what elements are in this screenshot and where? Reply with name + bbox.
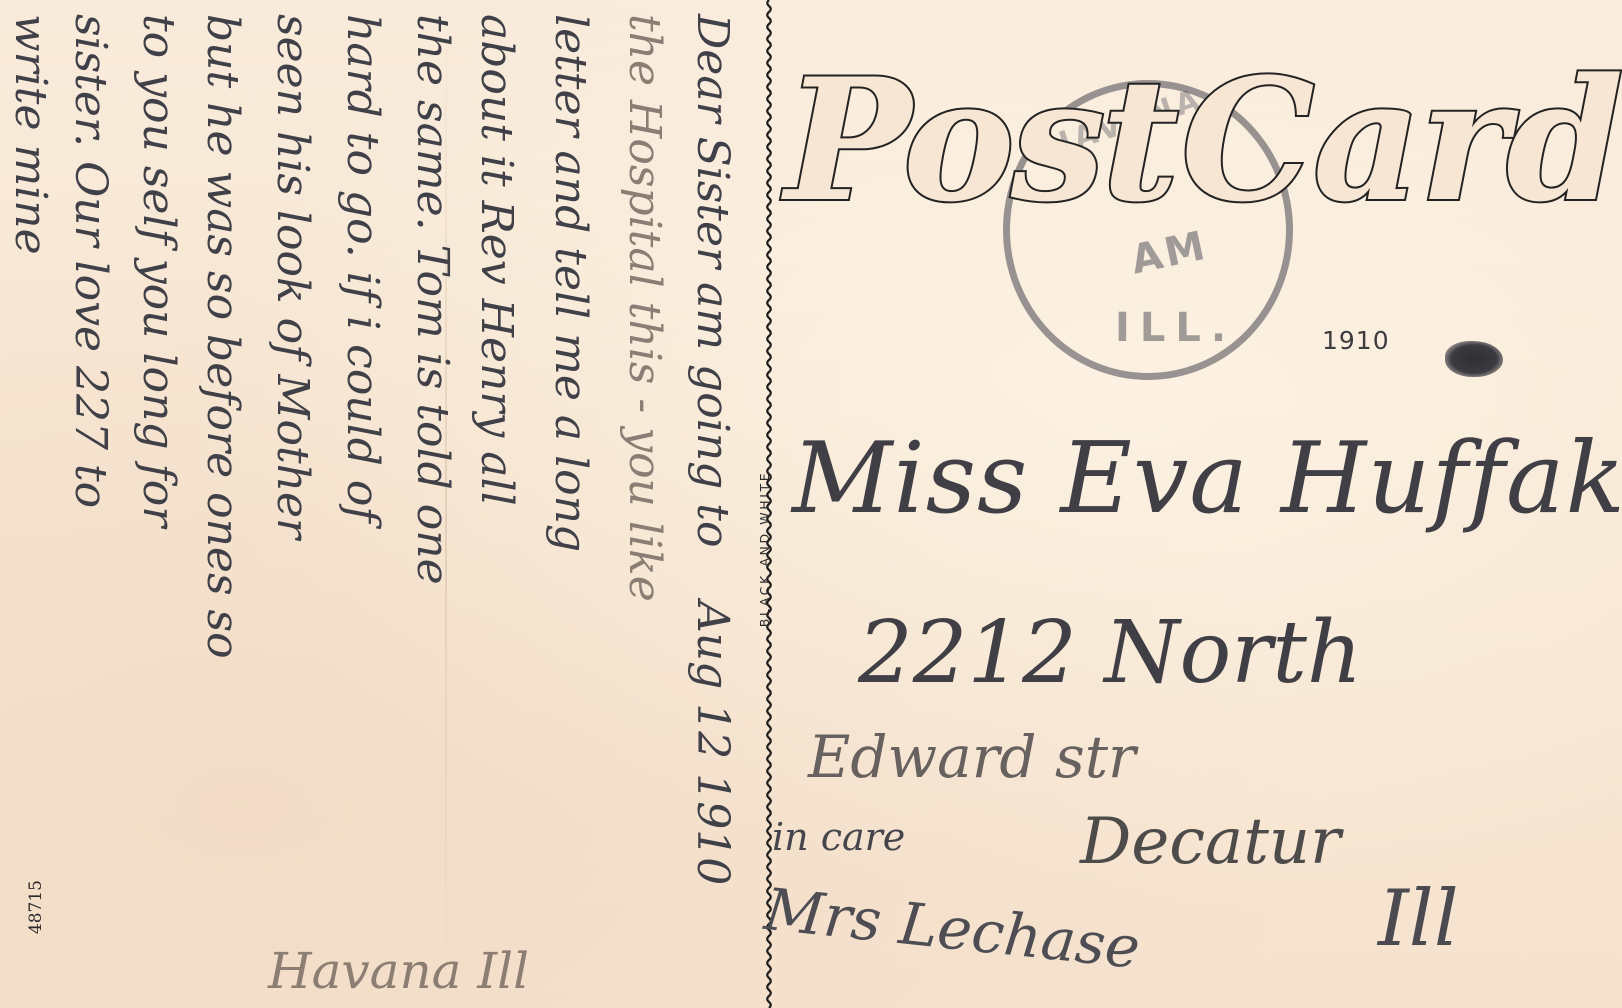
message-line: write mine (8, 14, 52, 255)
message-line: but he was so before ones so (200, 14, 244, 659)
address-care-of-name: Mrs Lechase (762, 880, 1143, 977)
address-street-line2: Edward str (808, 728, 1136, 786)
postcard-header: PostCard (785, 56, 1622, 224)
message-date-line: Dear Sister am going to Aug 12 1910 (690, 14, 734, 886)
message-line: letter and tell me a long (548, 14, 592, 552)
message-line: Dear Sister am going to (687, 14, 738, 547)
message-line: the same. Tom is told one (410, 14, 454, 585)
address-city: Decatur (1080, 810, 1341, 874)
postmark-state: ILL. (1115, 305, 1236, 351)
header-post: Post (785, 41, 1175, 239)
message-signature-place: Havana Ill (268, 942, 529, 1000)
header-card: Card (1181, 41, 1622, 239)
message-date: Aug 12 1910 (690, 601, 734, 885)
message-line: hard to go. if i could of (340, 14, 384, 523)
postcard-back: Dear Sister am going to Aug 12 1910 the … (0, 0, 1622, 1008)
catalog-number: 48715 (26, 880, 46, 934)
printed-year: 1910 (1322, 326, 1390, 355)
address-street-line1: 2212 North (858, 610, 1362, 696)
message-line: seen his look of Mother (270, 14, 314, 539)
ink-blot-mark (1445, 341, 1503, 377)
address-care-of-label: in care (772, 818, 905, 856)
address-state: Ill (1378, 880, 1459, 958)
message-line: the Hospital this - you like (622, 14, 666, 602)
message-line: sister. Our love 227 to (68, 14, 112, 508)
message-line: about it Rev Henry all (474, 14, 518, 506)
recipient-name: Miss Eva Huffaker (792, 430, 1622, 528)
divider-label: BLACK AND WHITE (757, 388, 772, 710)
handwritten-message: Dear Sister am going to Aug 12 1910 the … (0, 0, 760, 1008)
message-line: to you self you long for (136, 14, 180, 527)
